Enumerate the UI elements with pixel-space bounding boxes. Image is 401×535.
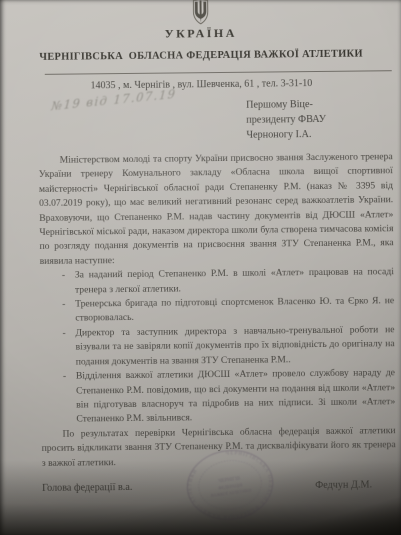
- photographed-letter: { "document": { "header": { "country": "…: [0, 0, 401, 535]
- header-divider: [45, 70, 392, 75]
- signer-title: Голова федерації в.а.: [42, 482, 132, 494]
- round-seal-stamp: ЧЕРНІГІВСЬКА ОБЛАСНА ФЕДЕРАЦІЯ ВАЖКОЇ АТ…: [177, 440, 282, 530]
- list-item: - Тренерська бригада по підготовці спорт…: [62, 294, 394, 326]
- dash-marker: -: [63, 370, 77, 428]
- ukraine-trident-icon: [190, 0, 211, 25]
- finding-text: За наданий період Степаненко Р.М. в школ…: [75, 265, 394, 297]
- dash-marker: -: [62, 326, 75, 369]
- dash-marker: -: [62, 269, 75, 298]
- list-item: - Директор та заступник директора з навч…: [62, 323, 394, 370]
- finding-text: Директор та заступник директора з навчал…: [75, 323, 394, 370]
- addressee-line: Першому Віце-: [246, 97, 326, 113]
- list-item: - Відділення важкої атлетики ДЮСШ «Атлет…: [63, 366, 396, 427]
- letter-content: УКРАЇНА ЧЕРНІГІВСЬКА ОБЛАСНА ФЕДЕРАЦІЯ В…: [0, 0, 401, 535]
- country-title: УКРАЇНА: [0, 24, 401, 43]
- letter-body: Міністерством молоді та спорту України п…: [39, 150, 396, 471]
- dash-marker: -: [62, 298, 75, 327]
- findings-list: - За наданий період Степаненко Р.М. в шк…: [40, 265, 396, 427]
- intro-paragraph: Міністерством молоді та спорту України п…: [39, 150, 394, 269]
- finding-text: Відділення важкої атлетики ДЮСШ «Атлет» …: [76, 366, 396, 427]
- addressee-block: Першому Віце- президенту ФВАУ Черноногу …: [246, 97, 326, 143]
- finding-text: Тренерська бригада по підготовці спортсм…: [75, 294, 394, 326]
- addressee-line: Черноногу І.А.: [246, 127, 326, 143]
- list-item: - За наданий період Степаненко Р.М. в шк…: [62, 265, 394, 297]
- addressee-line: президенту ФВАУ: [246, 112, 326, 128]
- organization-address: 14035 , м. Чернігів , вул. Шевченка, 61 …: [1, 77, 401, 92]
- signer-name: Федчун Д.М.: [315, 479, 372, 491]
- stamp-center-text: ВАЖКОЇ АТЛЕТИКИ: [211, 488, 253, 498]
- organization-title: ЧЕРНІГІВСЬКА ОБЛАСНА ФЕДЕРАЦІЯ ВАЖКОЇ АТ…: [1, 48, 401, 63]
